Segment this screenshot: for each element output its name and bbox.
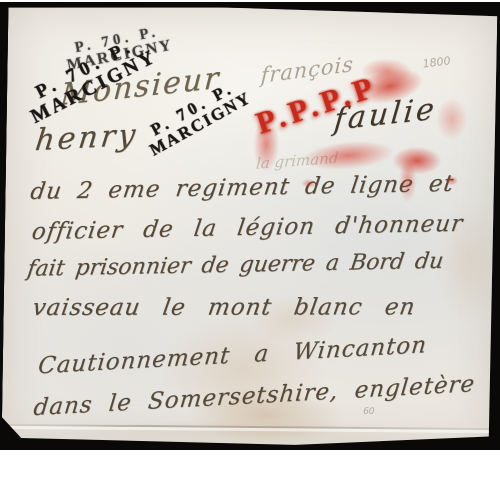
handwriting-line-regiment: du 2 eme regiment de ligne et: [29, 171, 456, 205]
ghost-writing: la grimand: [256, 149, 340, 173]
handwriting-line-henry: henry: [33, 118, 140, 159]
letter-paper: la grimand Monsieur françois faulie henr…: [2, 4, 498, 449]
handwriting-line-cautionnement: Cautionnement a Wincanton: [37, 332, 428, 379]
photo-backdrop: la grimand Monsieur françois faulie henr…: [0, 2, 500, 450]
handwriting-line-legion: officier de la légion d'honneur: [30, 211, 465, 245]
red-ink-speck: [436, 99, 467, 139]
handwriting-line-prisonnier: fait prisonnier de guerre a Bord du: [26, 249, 445, 282]
pencil-year-annotation: 1800: [422, 54, 451, 70]
handwriting-line-somersetshire: dans le Somersetshire, engletère: [32, 371, 476, 421]
pencil-small-mark: 60: [363, 407, 375, 417]
handwriting-line-vaisseau: vaisseau le mont blanc en: [31, 294, 418, 321]
